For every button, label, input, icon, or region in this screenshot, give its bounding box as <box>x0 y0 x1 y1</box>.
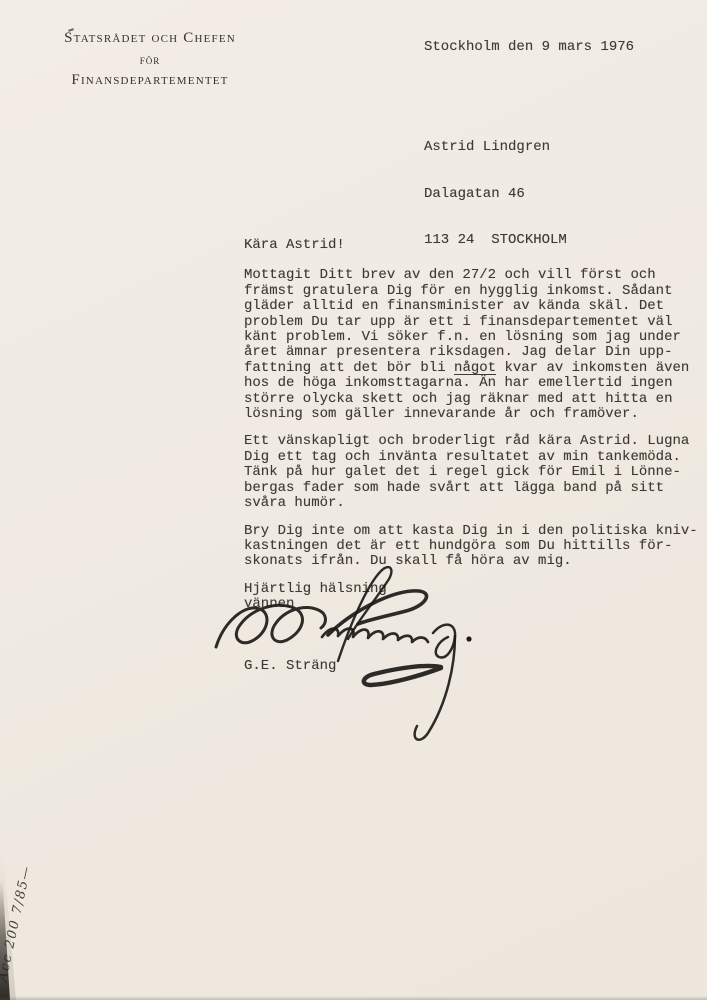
underline-suffix: kvar av inkomsten även <box>496 360 689 376</box>
underlined-word: något <box>454 360 496 376</box>
letterhead-line1: Statsrådet och Chefen <box>38 30 262 47</box>
salutation: Kära Astrid! <box>244 238 704 253</box>
body-line: året ämnar presentera riksdagen. Jag del… <box>244 345 704 360</box>
body-line: kastningen det är ett hundgöra som Du hi… <box>244 539 704 554</box>
recipient-street: Dalagatan 46 <box>424 187 567 203</box>
body-line: Tänk på hur galet det i regel gick för E… <box>244 465 704 480</box>
paragraph-1: Mottagit Ditt brev av den 27/2 och vill … <box>244 268 704 422</box>
body-line: större olycka skett och jag räknar med a… <box>244 392 704 407</box>
body-line: Dig ett tag och invänta resultatet av mi… <box>244 450 704 465</box>
body-line: bergas fader som hade svårt att lägga ba… <box>244 481 704 496</box>
underline-prefix: fattning att det bör bli <box>244 360 454 376</box>
body-line: problem Du tar upp är ett i finansdepart… <box>244 315 704 330</box>
date-line: Stockholm den 9 mars 1976 <box>424 39 634 55</box>
body-line: lösning som gäller innevarande år och fr… <box>244 407 704 422</box>
body-line: gläder alltid en finansminister av kända… <box>244 299 704 314</box>
letterhead-line3: Finansdepartementet <box>38 72 262 89</box>
body-line: Bry Dig inte om att kasta Dig in i den p… <box>244 524 704 539</box>
typed-signature-name: G.E. Sträng <box>244 658 336 674</box>
body-line: Mottagit Ditt brev av den 27/2 och vill … <box>244 268 704 283</box>
body-line: hos de höga inkomsttagarna. Än har emell… <box>244 376 704 391</box>
body-line: främst gratulera Dig för en hygglig inko… <box>244 284 704 299</box>
letterhead-line2: för <box>38 52 262 68</box>
recipient-name: Astrid Lindgren <box>424 140 567 156</box>
body-line: Ett vänskapligt och broderligt råd kära … <box>244 434 704 449</box>
paragraph-2: Ett vänskapligt och broderligt råd kära … <box>244 434 704 511</box>
letter-page: Statsrådet och Chefen för Finansdepartem… <box>0 0 707 1000</box>
body-line-underlined: fattning att det bör bli något kvar av i… <box>244 361 704 376</box>
body-line: svåra humör. <box>244 496 704 511</box>
letterhead: Statsrådet och Chefen för Finansdepartem… <box>38 30 262 89</box>
